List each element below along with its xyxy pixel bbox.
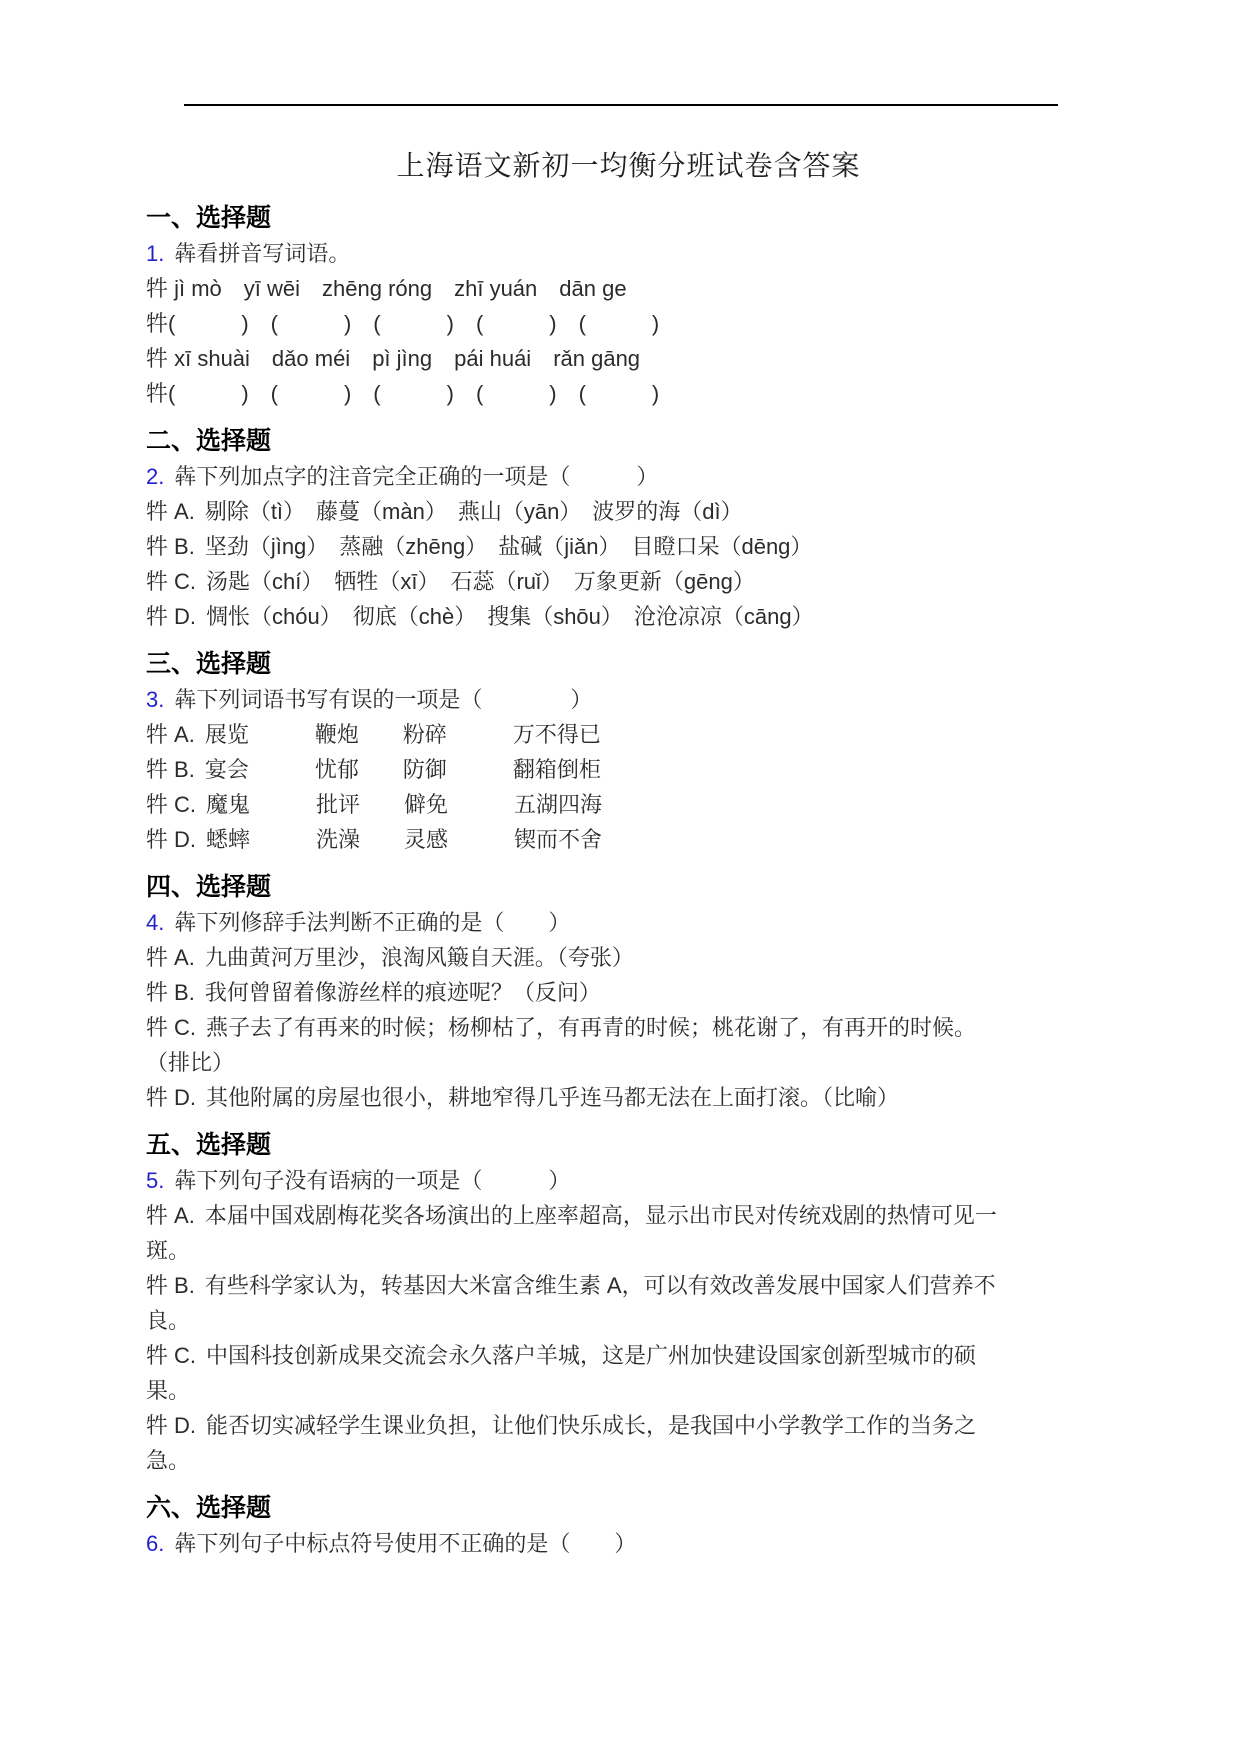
- option-text: 汤匙（chí） 牺牲（xī） 石蕊（ruǐ） 万象更新（gēng）: [206, 569, 755, 594]
- option-line: 牪C.中国科技创新成果交流会永久落户羊城，这是广州加快建设国家创新型城市的硕 果…: [146, 1338, 1111, 1408]
- option-text: 其他附属的房屋也很小，耕地窄得几乎连马都无法在上面打滚。（比喻）: [206, 1085, 899, 1110]
- option-text: 坚劲（jìng） 蒸融（zhēng） 盐碱（jiǎn） 目瞪口呆（dēng）: [205, 534, 813, 559]
- option-text: 燕子去了有再来的时候；杨柳枯了，有再青的时候；桃花谢了，有再开的时候。 （排比）: [146, 1015, 976, 1075]
- section-heading: 五、选择题: [146, 1127, 1111, 1163]
- option-prefix: 牪: [146, 945, 168, 970]
- question-number: 2.: [146, 464, 164, 489]
- question-text: 犇下列词语书写有误的一项是（ ）: [174, 687, 592, 712]
- option-text: 本届中国戏剧梅花奖各场演出的上座率超高，显示出市民对传统戏剧的热情可见一 斑。: [146, 1203, 997, 1263]
- question-text: 犇下列句子没有语病的一项是（ ）: [174, 1168, 570, 1193]
- option-text: 惆怅（chóu） 彻底（chè） 搜集（shōu） 沧沧凉凉（cāng）: [206, 604, 814, 629]
- option-label: D.: [174, 827, 196, 852]
- question-text: 犇下列句子中标点符号使用不正确的是（ ）: [174, 1531, 636, 1556]
- option-label: D.: [174, 1413, 196, 1438]
- option-label: C.: [174, 1343, 196, 1368]
- option-text: 能否切实减轻学生课业负担，让他们快乐成长，是我国中小学教学工作的当务之 急。: [146, 1413, 976, 1473]
- question-stem: 1.犇看拼音写词语。: [146, 236, 1111, 271]
- option-line: 牪A.九曲黄河万里沙，浪淘风簸自天涯。（夸张）: [146, 940, 1111, 975]
- question-text: 犇下列加点字的注音完全正确的一项是（ ）: [174, 464, 658, 489]
- question-stem: 5.犇下列句子没有语病的一项是（ ）: [146, 1163, 1111, 1198]
- section-heading: 二、选择题: [146, 423, 1111, 459]
- option-label: D.: [174, 604, 196, 629]
- answer-fill-line: 牪 jì mò yī wēi zhēng róng zhī yuán dān g…: [146, 271, 1111, 306]
- option-line: 牪A.展览 鞭炮 粉碎 万不得已: [146, 717, 1111, 752]
- option-prefix: 牪: [146, 1343, 168, 1368]
- question-stem: 2.犇下列加点字的注音完全正确的一项是（ ）: [146, 459, 1111, 494]
- option-line: 牪A.剔除（tì） 藤蔓（màn） 燕山（yān） 波罗的海（dì）: [146, 494, 1111, 529]
- option-line: 牪A.本届中国戏剧梅花奖各场演出的上座率超高，显示出市民对传统戏剧的热情可见一 …: [146, 1198, 1111, 1268]
- document-title: 上海语文新初一均衡分班试卷含答案: [146, 144, 1111, 188]
- option-line: 牪B.宴会 忧郁 防御 翻箱倒柜: [146, 752, 1111, 787]
- option-prefix: 牪: [146, 1413, 168, 1438]
- section-heading: 一、选择题: [146, 200, 1111, 236]
- section-heading: 三、选择题: [146, 646, 1111, 682]
- option-text: 蟋蟀 洗澡 灵感 锲而不舍: [206, 827, 602, 852]
- option-line: 牪D.惆怅（chóu） 彻底（chè） 搜集（shōu） 沧沧凉凉（cāng）: [146, 599, 1111, 634]
- option-prefix: 牪: [146, 1015, 168, 1040]
- option-line: 牪B.坚劲（jìng） 蒸融（zhēng） 盐碱（jiǎn） 目瞪口呆（dēng…: [146, 529, 1111, 564]
- option-prefix: 牪: [146, 604, 168, 629]
- option-prefix: 牪: [146, 569, 168, 594]
- question-text: 犇看拼音写词语。: [174, 241, 350, 266]
- option-prefix: 牪: [146, 499, 168, 524]
- question-stem: 6.犇下列句子中标点符号使用不正确的是（ ）: [146, 1526, 1111, 1561]
- option-line: 牪C.魔鬼 批评 僻免 五湖四海: [146, 787, 1111, 822]
- option-prefix: 牪: [146, 1273, 168, 1298]
- question-text: 犇下列修辞手法判断不正确的是（ ）: [174, 910, 570, 935]
- question-number: 5.: [146, 1168, 164, 1193]
- option-line: 牪B.有些科学家认为，转基因大米富含维生素 A，可以有效改善发展中国家人们营养不…: [146, 1268, 1111, 1338]
- option-label: C.: [174, 1015, 196, 1040]
- option-line: 牪D.能否切实减轻学生课业负担，让他们快乐成长，是我国中小学教学工作的当务之 急…: [146, 1408, 1111, 1478]
- question-number: 3.: [146, 687, 164, 712]
- answer-fill-line: 牪 xī shuài dǎo méi pì jìng pái huái rǎn …: [146, 341, 1111, 376]
- option-label: B.: [174, 980, 195, 1005]
- option-label: A.: [174, 722, 195, 747]
- option-text: 中国科技创新成果交流会永久落户羊城，这是广州加快建设国家创新型城市的硕 果。: [146, 1343, 976, 1403]
- option-text: 我何曾留着像游丝样的痕迹呢？（反问）: [205, 980, 601, 1005]
- option-label: A.: [174, 945, 195, 970]
- option-line: 牪D.蟋蟀 洗澡 灵感 锲而不舍: [146, 822, 1111, 857]
- option-prefix: 牪: [146, 1203, 168, 1228]
- answer-fill-line: 牪( ) ( ) ( ) ( ) ( ): [146, 306, 1111, 341]
- document-page: 上海语文新初一均衡分班试卷含答案 一、选择题1.犇看拼音写词语。牪 jì mò …: [0, 0, 1241, 1754]
- question-stem: 3.犇下列词语书写有误的一项是（ ）: [146, 682, 1111, 717]
- option-text: 剔除（tì） 藤蔓（màn） 燕山（yān） 波罗的海（dì）: [205, 499, 743, 524]
- document-content: 上海语文新初一均衡分班试卷含答案 一、选择题1.犇看拼音写词语。牪 jì mò …: [146, 130, 1111, 1561]
- header-divider-line: [184, 104, 1058, 106]
- answer-fill-line: 牪( ) ( ) ( ) ( ) ( ): [146, 376, 1111, 411]
- option-prefix: 牪: [146, 1085, 168, 1110]
- option-label: B.: [174, 534, 195, 559]
- option-label: C.: [174, 569, 196, 594]
- question-number: 1.: [146, 241, 164, 266]
- option-text: 宴会 忧郁 防御 翻箱倒柜: [205, 757, 601, 782]
- option-text: 有些科学家认为，转基因大米富含维生素 A，可以有效改善发展中国家人们营养不 良。: [146, 1273, 996, 1333]
- option-line: 牪B.我何曾留着像游丝样的痕迹呢？（反问）: [146, 975, 1111, 1010]
- option-line: 牪C.汤匙（chí） 牺牲（xī） 石蕊（ruǐ） 万象更新（gēng）: [146, 564, 1111, 599]
- option-prefix: 牪: [146, 534, 168, 559]
- option-text: 展览 鞭炮 粉碎 万不得已: [205, 722, 601, 747]
- option-label: A.: [174, 499, 195, 524]
- question-number: 6.: [146, 1531, 164, 1556]
- option-label: B.: [174, 1273, 195, 1298]
- option-prefix: 牪: [146, 827, 168, 852]
- option-text: 九曲黄河万里沙，浪淘风簸自天涯。（夸张）: [205, 945, 634, 970]
- option-line: 牪D.其他附属的房屋也很小，耕地窄得几乎连马都无法在上面打滚。（比喻）: [146, 1080, 1111, 1115]
- option-label: D.: [174, 1085, 196, 1110]
- question-number: 4.: [146, 910, 164, 935]
- option-prefix: 牪: [146, 722, 168, 747]
- section-heading: 六、选择题: [146, 1490, 1111, 1526]
- option-prefix: 牪: [146, 792, 168, 817]
- option-prefix: 牪: [146, 980, 168, 1005]
- option-text: 魔鬼 批评 僻免 五湖四海: [206, 792, 602, 817]
- option-prefix: 牪: [146, 757, 168, 782]
- option-line: 牪C.燕子去了有再来的时候；杨柳枯了，有再青的时候；桃花谢了，有再开的时候。 （…: [146, 1010, 1111, 1080]
- section-heading: 四、选择题: [146, 869, 1111, 905]
- option-label: B.: [174, 757, 195, 782]
- option-label: C.: [174, 792, 196, 817]
- question-stem: 4.犇下列修辞手法判断不正确的是（ ）: [146, 905, 1111, 940]
- document-body: 一、选择题1.犇看拼音写词语。牪 jì mò yī wēi zhēng róng…: [146, 200, 1111, 1561]
- option-label: A.: [174, 1203, 195, 1228]
